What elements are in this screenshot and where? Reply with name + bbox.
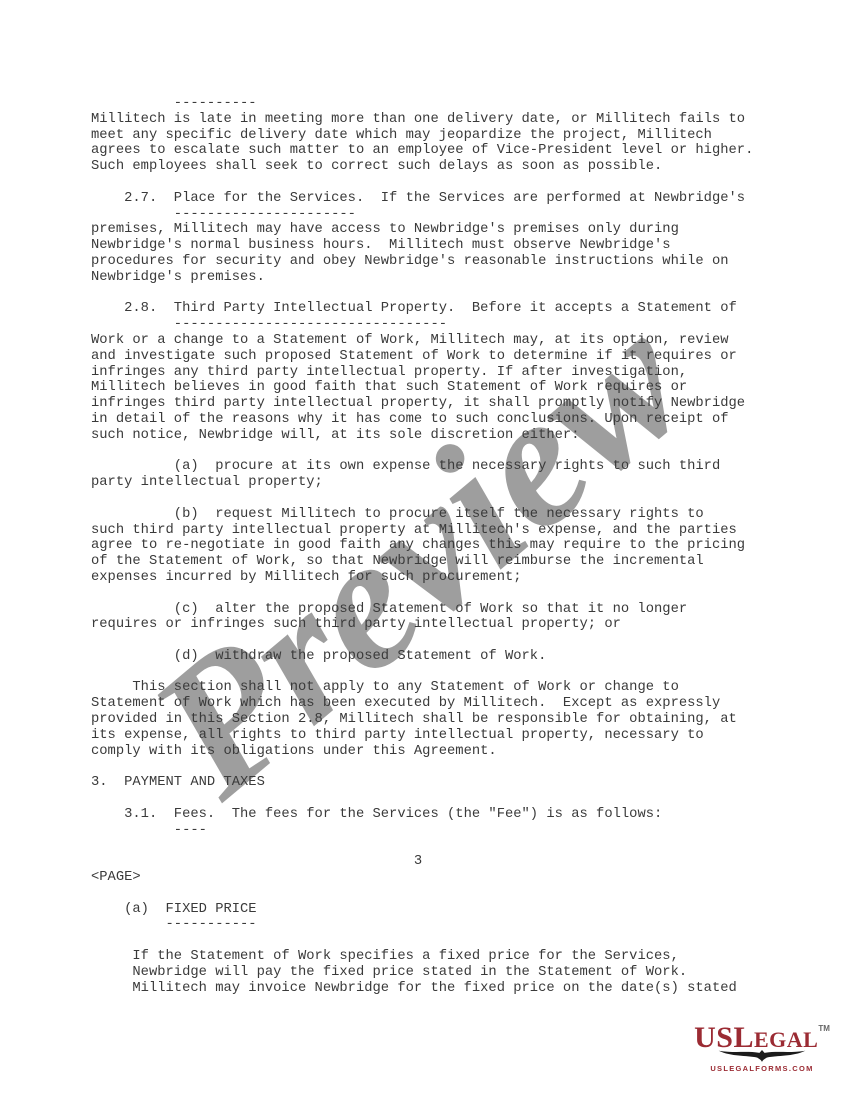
uslegal-wordmark-large: USL [694,1021,754,1054]
uslegal-wordmark: USLEGALTM [694,1023,830,1053]
trademark-symbol: TM [818,1024,830,1033]
document-text: ---------- Millitech is late in meeting … [91,96,753,996]
uslegalforms-url: USLEGALFORMS.COM [694,1064,830,1073]
uslegal-logo: USLEGALTM USLEGALFORMS.COM [694,1023,830,1073]
uslegal-wordmark-small: EGAL [754,1027,818,1052]
document-preview-page: { "watermark": { "text": "Preview", "col… [0,0,850,1100]
